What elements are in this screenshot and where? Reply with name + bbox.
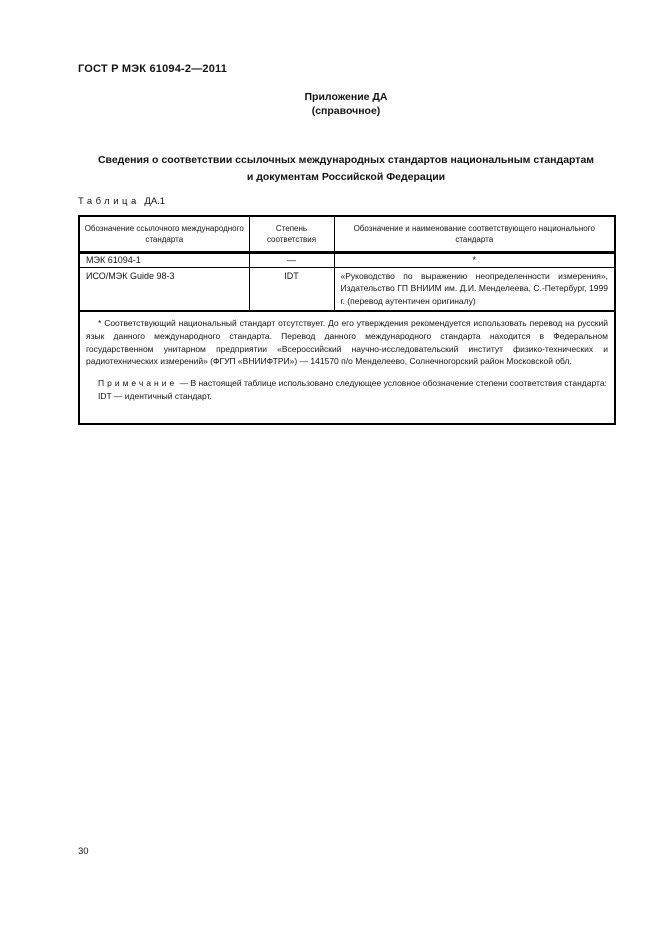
header-cell-degree: Степень соответствия (249, 216, 334, 252)
title-line-1: Сведения о соответствии ссылочных междун… (78, 152, 614, 169)
table-caption-word: Таблица (78, 196, 140, 207)
correspondence-table: Обозначение ссылочного международного ст… (78, 215, 616, 425)
note-text: — В настоящей таблице использовано следу… (180, 378, 607, 388)
annex-heading: Приложение ДА (справочное) (78, 90, 614, 118)
cell-national-standard: * (334, 252, 615, 267)
table-footnote-cell: * Соответствующий национальный стандарт … (79, 311, 615, 424)
cell-national-standard: «Руководство по выражению неопределеннос… (334, 267, 615, 311)
cell-reference-standard: ИСО/МЭК Guide 98-3 (79, 267, 249, 311)
table-header-row: Обозначение ссылочного международного ст… (79, 216, 615, 252)
page-number: 30 (78, 846, 89, 857)
cell-degree: IDT (249, 267, 334, 311)
doc-code: ГОСТ Р МЭК 61094-2—2011 (78, 63, 227, 75)
footnote-paragraph: * Соответствующий национальный стандарт … (86, 317, 608, 368)
title-line-2: и документам Российской Федерации (78, 169, 614, 186)
table-row: МЭК 61094-1 — * (79, 252, 615, 267)
note-label: Примечание (98, 378, 177, 388)
annex-type: (справочное) (78, 104, 614, 118)
table-caption-number: ДА.1 (144, 196, 165, 207)
note-paragraph: Примечание — В настоящей таблице использ… (86, 377, 608, 390)
document-page: ГОСТ Р МЭК 61094-2—2011 Приложение ДА (с… (0, 0, 661, 936)
table-row: ИСО/МЭК Guide 98-3 IDT «Руководство по в… (79, 267, 615, 311)
header-cell-national-standard: Обозначение и наименование соответствующ… (334, 216, 615, 252)
header-cell-reference-standard: Обозначение ссылочного международного ст… (79, 216, 249, 252)
note-idt-definition: IDT — идентичный стандарт. (98, 390, 608, 403)
cell-degree: — (249, 252, 334, 267)
table-caption: Таблица ДА.1 (78, 196, 165, 207)
annex-label: Приложение ДА (78, 90, 614, 104)
document-title: Сведения о соответствии ссылочных междун… (78, 152, 614, 185)
table-footnote-row: * Соответствующий национальный стандарт … (79, 311, 615, 424)
cell-reference-standard: МЭК 61094-1 (79, 252, 249, 267)
